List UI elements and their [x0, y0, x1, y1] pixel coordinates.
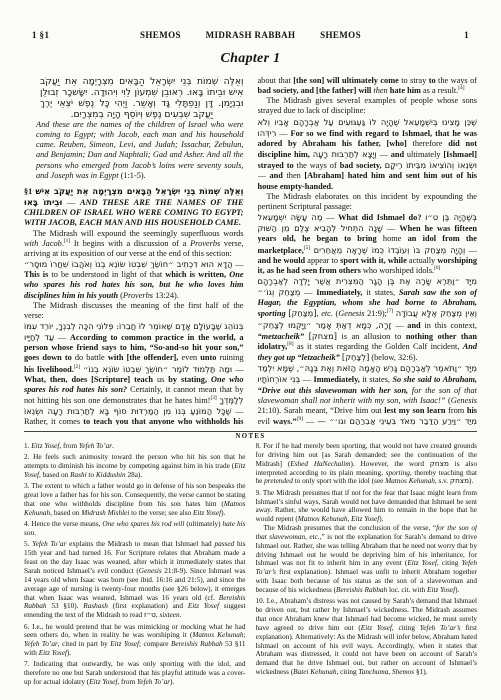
left-column: וְאֵלֶּה שְׁמוֹת בְּנֵי יִשְׂרָאֵל הַבָּ… — [24, 76, 244, 425]
book-page: 1 §1 SHEMOS MIDRASH RABBAH SHEMOS 1 Chap… — [0, 0, 501, 700]
notes-right-column: 8. For if he had merely been sporting, t… — [256, 442, 478, 690]
footnote: 3. The extent to which a father would go… — [24, 482, 246, 517]
right-column: about that [the son] will ultimately com… — [258, 76, 478, 425]
footnote: The Midrash presumes that the conclusion… — [256, 524, 478, 595]
series-title: MIDRASH RABBAH — [206, 30, 296, 40]
body-paragraph: §1 וְאֵלֶּה שְׁמוֹת בְּנֵי יִשְׂרָאֵל הַ… — [24, 186, 244, 229]
footnote: 6. I.e., he would pretend that he was mi… — [24, 623, 246, 658]
body-paragraph: The Midrash will expound the seemingly s… — [24, 229, 244, 259]
notes-heading: NOTES — [24, 433, 477, 440]
notes-section: 1. Eitz Yosef, from Yefeh To’ar.2. He fe… — [24, 442, 477, 690]
body-paragraph: The Midrash gives several examples of pe… — [258, 96, 478, 116]
footnote: 10. I.e., Abraham’s distress was not cau… — [256, 597, 478, 677]
body-paragraph: בְּנוֹהֵג שֶׁבָּעוֹלָם אָדָם שֶׁאוֹמֵר ל… — [24, 321, 244, 425]
chapter-title: Chapter 1 — [24, 51, 477, 67]
footnote: 5. Yefeh To’ar explains the Midrash to m… — [24, 540, 246, 620]
footnote: 4. Hence the verse means, One who spares… — [24, 520, 246, 538]
body-paragraph: And these are the names of the children … — [36, 120, 244, 181]
body-paragraph: מִיָּד ״וַתֵּרֶא שָׂרָה אֶת בֶּן הָגָר ה… — [258, 276, 478, 363]
body-paragraph: The Midrash elaborates on this incident … — [258, 192, 478, 212]
book-name-left: SHEMOS — [140, 30, 181, 40]
body-paragraph: The Midrash discusses the meaning of the… — [24, 301, 244, 321]
footnote: 7. Indicating that outwardly, he was onl… — [24, 660, 246, 687]
body-paragraph: שֶׁכֵּן מָצִינוּ בְּיִשְׁמָעֵאל שֶׁהָיָה… — [258, 117, 478, 192]
footnote: 2. He feels such animosity toward the pe… — [24, 453, 246, 480]
notes-left-column: 1. Eitz Yosef, from Yefeh To’ar.2. He fe… — [24, 442, 246, 690]
footnote: 9. The Midrash presumes that if not for … — [256, 489, 478, 524]
running-head-center: SHEMOS MIDRASH RABBAH SHEMOS — [24, 30, 477, 40]
body-paragraph: מֶה עָשָׂה יִשְׁמָעֵאל — What did Ishmae… — [258, 212, 478, 276]
running-head: 1 §1 SHEMOS MIDRASH RABBAH SHEMOS 1 — [24, 30, 477, 42]
body-paragraph: וְאֵלֶּה שְׁמוֹת בְּנֵי יִשְׂרָאֵל הַבָּ… — [40, 76, 244, 120]
body-paragraph: about that [the son] will ultimately com… — [258, 76, 478, 96]
body-columns: וְאֵלֶּה שְׁמוֹת בְּנֵי יִשְׂרָאֵל הַבָּ… — [24, 76, 477, 425]
body-paragraph: הֲדָא הוּא דִכְתִיב ״חוֹשֵׂךְ שִׁבְטוֹ ש… — [24, 259, 244, 301]
page-number: 1 — [464, 30, 469, 40]
footnote: 8. For if he had merely been sporting, t… — [256, 442, 478, 486]
footnote: 1. Eitz Yosef, from Yefeh To’ar. — [24, 442, 246, 451]
notes-divider — [24, 431, 477, 432]
book-name-right: SHEMOS — [320, 30, 361, 40]
body-paragraph: מִיָּד ״וַתֹּאמֶר לְאַבְרָהָם גָּרֵשׁ הָ… — [258, 363, 478, 425]
